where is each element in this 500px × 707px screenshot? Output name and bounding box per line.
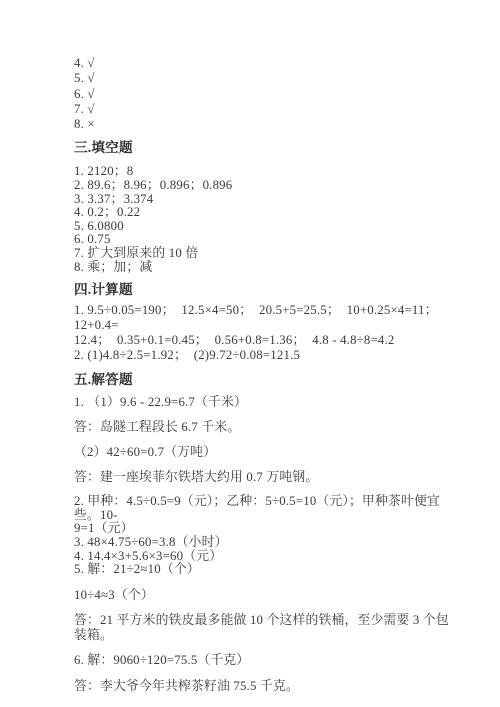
answer-sheet-page: 4. √ 5. √ 6. √ 7. √ 8. × 三.填空题 1. 2120；8… — [0, 0, 500, 707]
solution-answer-line: 答：建一座埃菲尔铁塔大约用 0.7 万吨钢。 — [74, 470, 450, 485]
solution-answer-line: 答：岛隧工程段长 6.7 千米。 — [74, 420, 450, 435]
calculation-line: 2. (1)4.8÷2.5=1.92； (2)9.72÷0.08=121.5 — [74, 348, 450, 363]
calculation-line: 12.4； 0.35+0.1=0.45； 0.56+0.8=1.36； 4.8 … — [74, 333, 450, 348]
solution-line: 3. 48×4.75÷60=3.8（小时） — [74, 536, 450, 550]
judgement-answers-list: 4. √ 5. √ 6. √ 7. √ 8. × — [74, 56, 450, 132]
solution-answer-line: 答：李大爷今年共榨茶籽油 75.5 千克。 — [74, 679, 450, 694]
fill-answer-line: 3. 3.37；3.374 — [74, 193, 450, 207]
fill-answer-line: 7. 扩大到原来的 10 倍 — [74, 247, 450, 261]
fill-answer-line: 2. 89.6；8.96；0.896；0.896 — [74, 179, 450, 193]
solution-line: （2）42÷60=0.7（万吨） — [74, 445, 450, 460]
calculation-answers: 1. 9.5÷0.05=190； 12.5×4=50； 20.5+5=25.5；… — [74, 303, 450, 363]
judgement-answer-line: 4. √ — [74, 56, 450, 71]
word-problem-answers: 1. （1）9.6 - 22.9=6.7（千米） 答：岛隧工程段长 6.7 千米… — [74, 395, 450, 693]
calculation-line: 1. 9.5÷0.05=190； 12.5×4=50； 20.5+5=25.5；… — [74, 303, 450, 333]
fill-answer-line: 5. 6.0800 — [74, 220, 450, 234]
judgement-answer-line: 8. × — [74, 117, 450, 132]
judgement-answer-line: 7. √ — [74, 102, 450, 117]
section-title-calculation: 四.计算题 — [74, 282, 450, 297]
judgement-answer-line: 5. √ — [74, 71, 450, 86]
fill-answer-line: 6. 0.75 — [74, 233, 450, 247]
solution-answer-line: 答：21 平方米的铁皮最多能做 10 个这样的铁桶，至少需要 3 个包装箱。 — [74, 613, 450, 642]
fill-answer-line: 8. 乘；加；减 — [74, 261, 450, 275]
solution-line: 5. 解：21÷2≈10（个） — [74, 563, 450, 577]
fill-in-answers-list: 1. 2120；8 2. 89.6；8.96；0.896；0.896 3. 3.… — [74, 165, 450, 274]
solution-line: 10÷4≈3（个） — [74, 588, 450, 603]
fill-answer-line: 4. 0.2；0.22 — [74, 206, 450, 220]
solution-line: 2. 甲种：4.5÷0.5=9（元）；乙种：5÷0.5=10（元）；甲种茶叶便宜… — [74, 495, 450, 522]
solution-line: 6. 解：9060÷120=75.5（千克） — [74, 653, 450, 668]
fill-answer-line: 1. 2120；8 — [74, 165, 450, 179]
section-title-word-problems: 五.解答题 — [74, 372, 450, 387]
solution-line: 1. （1）9.6 - 22.9=6.7（千米） — [74, 395, 450, 410]
solution-line: 4. 14.4×3+5.6×3=60（元） — [74, 550, 450, 564]
judgement-answer-line: 6. √ — [74, 87, 450, 102]
section-title-fill-in-blanks: 三.填空题 — [74, 140, 450, 155]
solution-line: 9=1（元） — [74, 522, 450, 536]
